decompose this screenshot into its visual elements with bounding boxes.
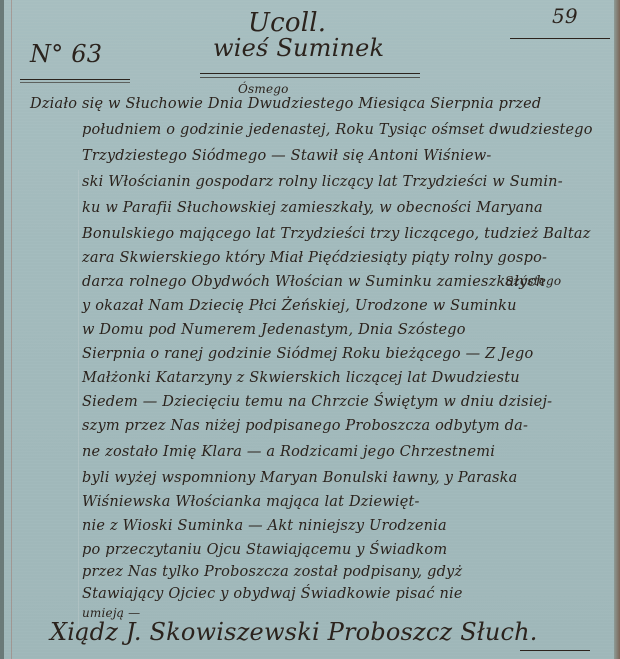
- record-line: Małżonki Katarzyny z Skwierskich liczące…: [82, 370, 520, 386]
- act-number: N° 63: [30, 40, 102, 68]
- record-line: Trzydziestego Siódmego — Stawił się Anto…: [82, 148, 491, 164]
- signature-flourish: [520, 650, 590, 651]
- record-line: ne zostało Imię Klara — a Rodzicami jego…: [82, 444, 495, 460]
- interlinear-note: Ósmego: [238, 82, 289, 96]
- record-line: po przeczytaniu Ojcu Stawiającemu y Świa…: [82, 542, 447, 558]
- record-line: Bonulskiego mającego lat Trzydzieści trz…: [82, 226, 591, 242]
- record-line: Sierpnia o ranej godzinie Siódmej Roku b…: [82, 346, 533, 362]
- priest-signature: Xiądz J. Skowiszewski Proboszcz Słuch.: [50, 618, 538, 646]
- record-line: przez Nas tylko Proboszcza został podpis…: [82, 564, 462, 580]
- record-line: nie z Wioski Suminka — Akt niniejszy Uro…: [82, 518, 447, 534]
- village-underline: [200, 73, 420, 74]
- page-number: 59: [552, 4, 578, 28]
- village-heading: wieś Suminek: [213, 34, 384, 62]
- record-line: w Domu pod Numerem Jedenastym, Dnia Szós…: [82, 322, 466, 338]
- faint-margin-rule: [78, 170, 79, 630]
- page-right-edge: [614, 0, 620, 659]
- page-left-edge: [0, 0, 4, 659]
- record-line: Stawiający Ojciec y obydwaj Świadkowie p…: [82, 586, 463, 602]
- record-line: ski Włościanin gospodarz rolny liczący l…: [82, 174, 563, 190]
- margin-rule: [11, 0, 12, 659]
- register-page: 59 Ucoll. wieś Suminek N° 63 Ósmego Szós…: [0, 0, 620, 659]
- record-line: ku w Parafii Słuchowskiej zamieszkały, w…: [82, 200, 543, 216]
- record-line: południem o godzinie jedenastej, Roku Ty…: [82, 122, 593, 138]
- record-line: Działo się w Słuchowie Dnia Dwudziestego…: [30, 96, 541, 112]
- record-line: y okazał Nam Dziecię Płci Żeńskiej, Urod…: [82, 298, 517, 314]
- record-line: Siedem — Dziecięciu temu na Chrzcie Świę…: [82, 394, 552, 410]
- record-line: Wiśniewska Włościanka mająca lat Dziewię…: [82, 494, 420, 510]
- record-line: zara Skwierskiego który Miał Pięćdziesią…: [82, 250, 547, 266]
- act-number-underline-double: [20, 82, 130, 83]
- village-underline-double: [200, 77, 420, 78]
- page-number-underline: [510, 38, 610, 39]
- record-line: byli wyżej wspomniony Maryan Bonulski ła…: [82, 470, 518, 486]
- act-number-underline: [20, 79, 130, 80]
- record-line: szym przez Nas niżej podpisanego Probosz…: [82, 418, 528, 434]
- record-line: darza rolnego Obydwóch Włościan w Sumink…: [82, 274, 545, 290]
